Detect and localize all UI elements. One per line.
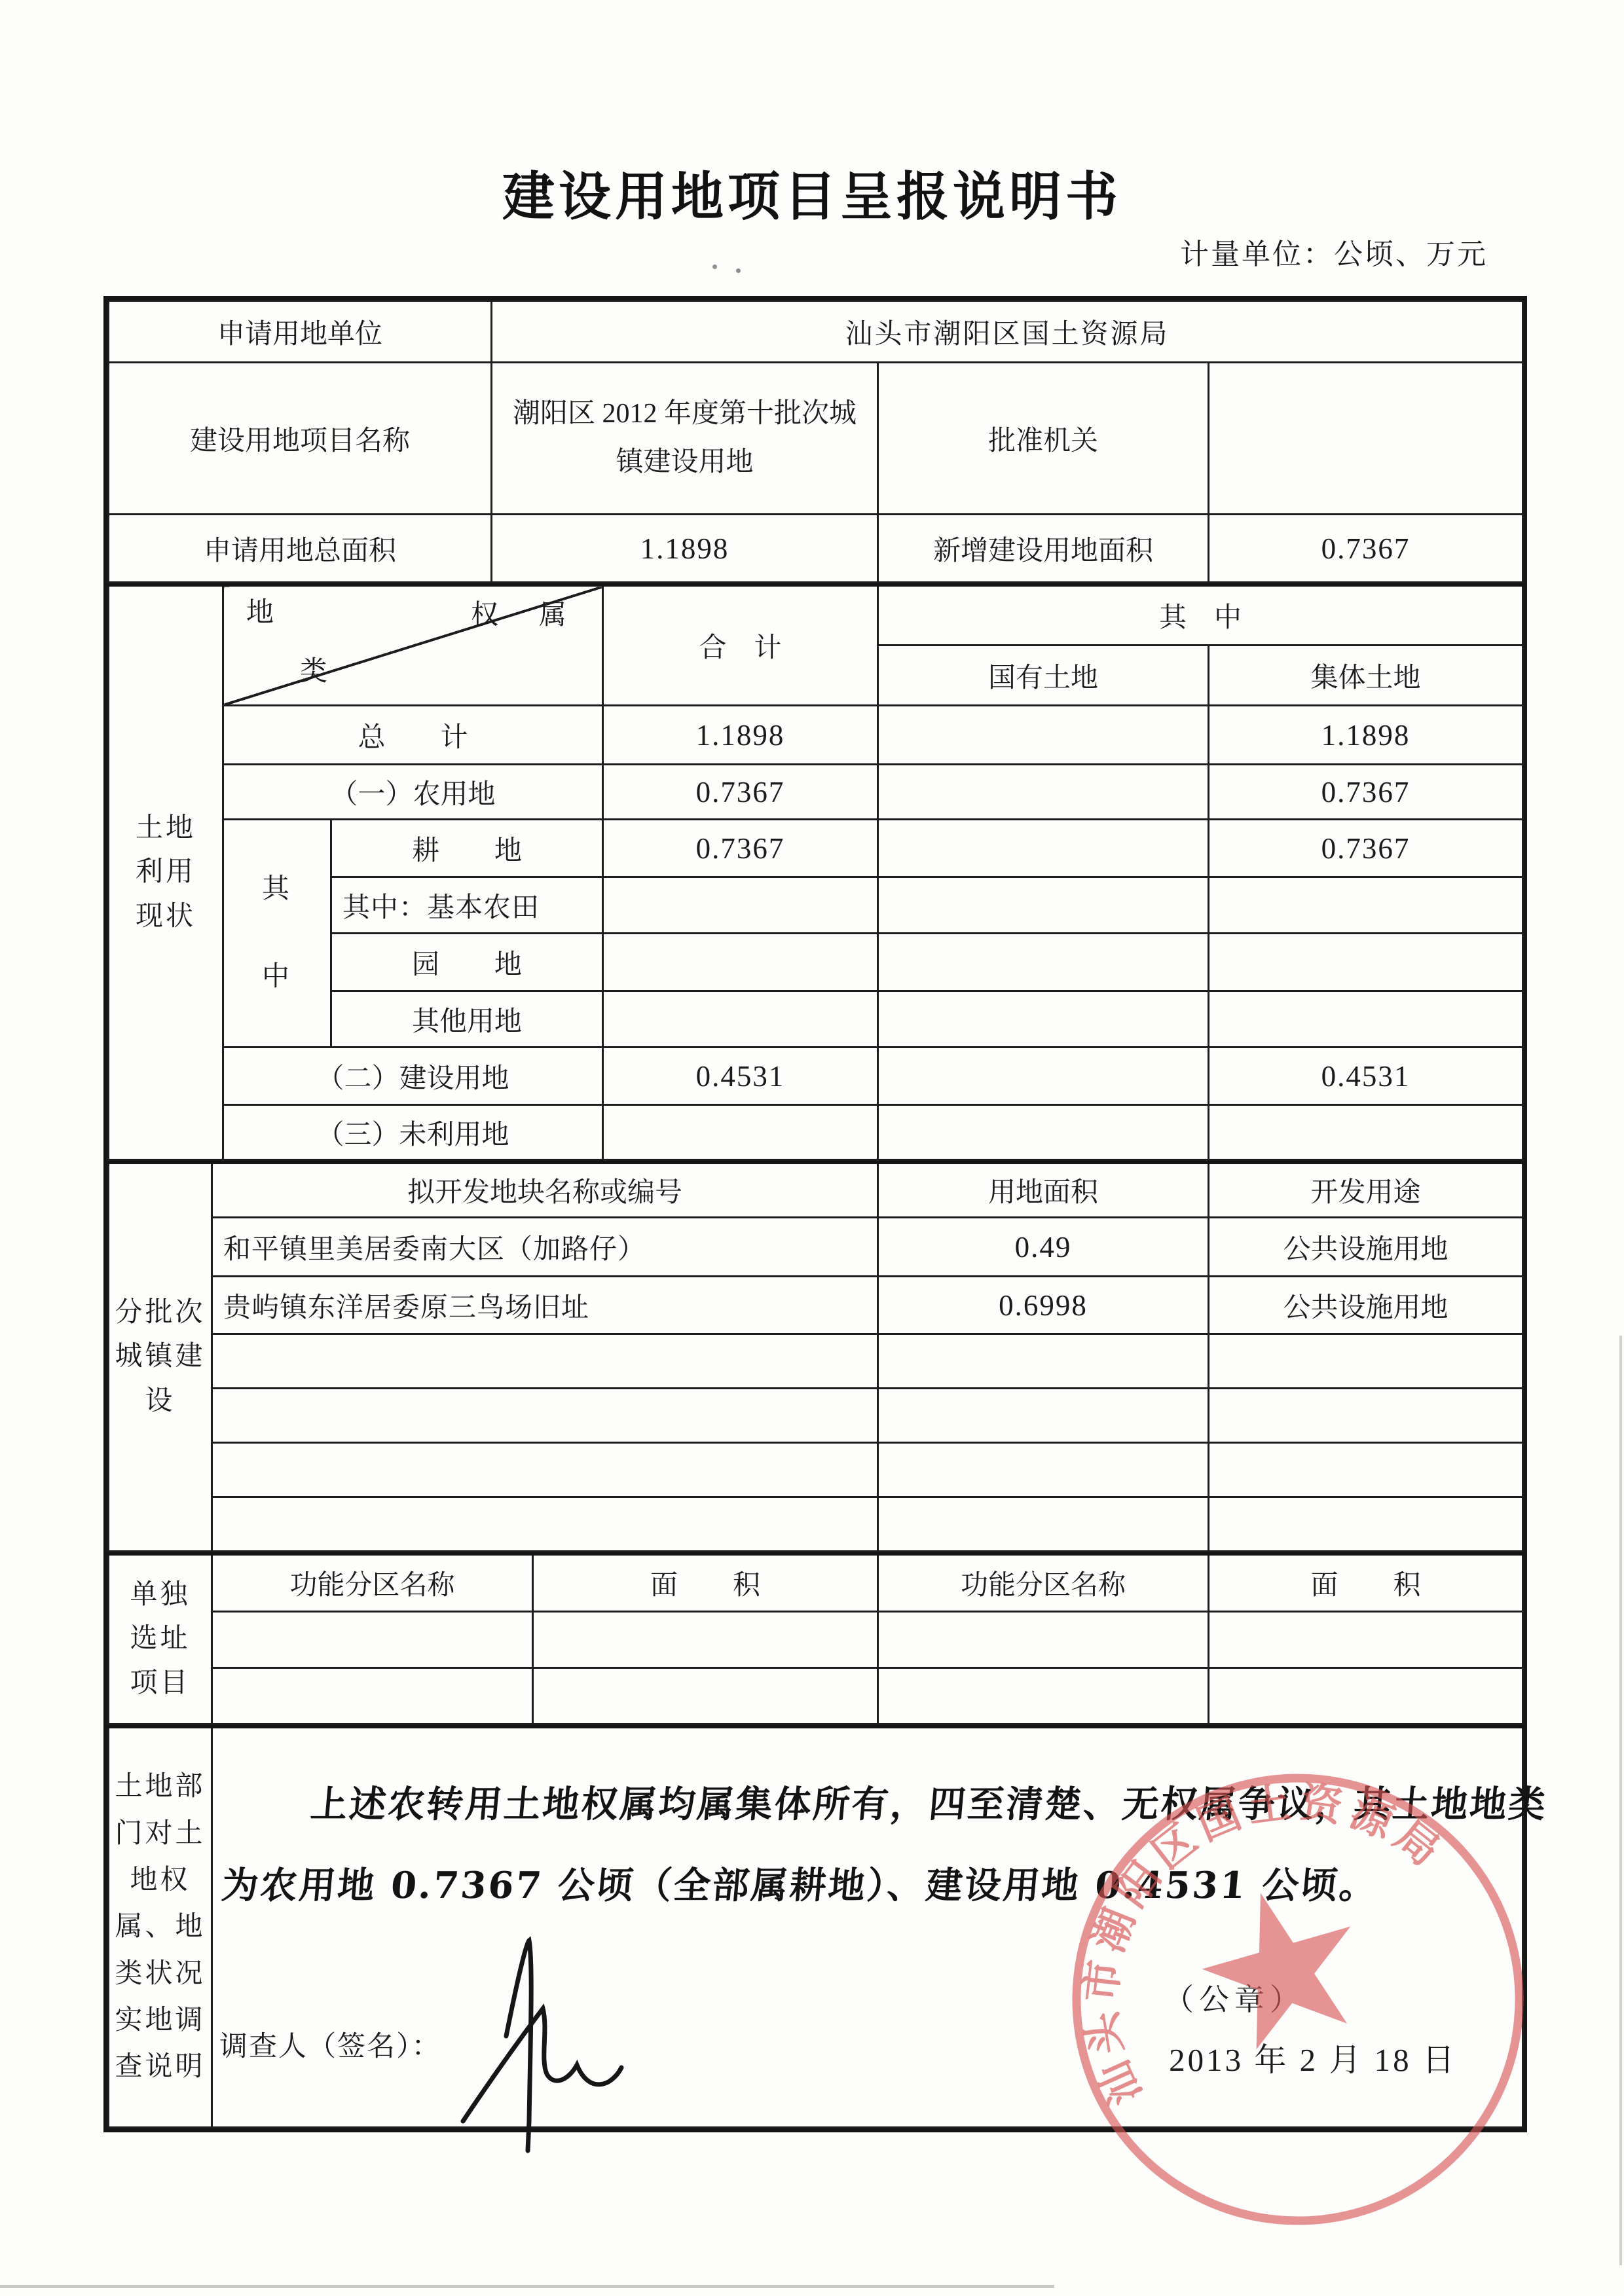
diag-label-di: 地 xyxy=(246,591,274,630)
parcel-area-cell: 0.6998 xyxy=(878,1277,1209,1334)
stamp-ring xyxy=(1061,1757,1535,2255)
parcel-name-cell xyxy=(212,1443,878,1497)
project-name-value-cell: 潮阳区 2012 年度第十批次城镇建设用地 xyxy=(492,363,878,515)
new-area-value-cell: 0.7367 xyxy=(1209,515,1523,583)
header-collective-land-cell: 集体土地 xyxy=(1209,646,1523,706)
row-label-cell: 其中：基本农田 xyxy=(331,877,603,934)
parcel-use-cell xyxy=(1209,1497,1523,1552)
parcel-name-cell: 和平镇里美居委南大区（加路仔） xyxy=(212,1218,878,1277)
diag-label-quanshu: 权 属 xyxy=(471,593,573,632)
row-state-cell xyxy=(878,706,1209,765)
parcel-use-cell: 公共设施用地 xyxy=(1209,1277,1523,1334)
row-state-cell xyxy=(878,877,1209,934)
row-total-cell xyxy=(603,877,878,934)
section-top: 申请用地单位 汕头市潮阳区国土资源局 建设用地项目名称 潮阳区 2012 年度第… xyxy=(107,300,1524,583)
diagonal-header-cell: 地 类 权 属 xyxy=(223,585,603,706)
landuse-section-label: 土地 利用 现状 xyxy=(109,585,223,1160)
row-label-cell: （三）未利用地 xyxy=(223,1105,603,1160)
parcel-area-cell: 0.49 xyxy=(878,1218,1209,1277)
row-state-cell xyxy=(878,820,1209,877)
survey-content-cell: 上述农转用土地权属均属集体所有，四至清楚、无权属争议，其土地地类 为农用地 0.… xyxy=(212,1727,1523,2128)
row-state-cell xyxy=(878,934,1209,991)
among-vertical-label: 其 中 xyxy=(223,820,331,1048)
row-collective-cell xyxy=(1209,877,1523,934)
zone-area-cell xyxy=(1209,1668,1523,1724)
zone-header-area2: 面 积 xyxy=(1209,1554,1523,1612)
row-label-cell: 总 计 xyxy=(223,706,603,765)
parcel-area-cell xyxy=(878,1389,1209,1443)
zone-header-name2: 功能分区名称 xyxy=(878,1554,1209,1612)
parcel-area-cell xyxy=(878,1334,1209,1389)
parcel-name-cell xyxy=(212,1389,878,1443)
batch-header-name: 拟开发地块名称或编号 xyxy=(212,1163,878,1218)
row-total-cell: 0.7367 xyxy=(603,765,878,820)
batch-header-use: 开发用途 xyxy=(1209,1163,1523,1218)
row-total-cell: 1.1898 xyxy=(603,706,878,765)
measurement-unit-note: 计量单位：公顷、万元 xyxy=(1180,230,1488,272)
row-label-cell: （二）建设用地 xyxy=(223,1048,603,1105)
row-collective-cell: 0.7367 xyxy=(1209,820,1523,877)
zone-area-cell xyxy=(533,1612,878,1668)
new-area-label-cell: 新增建设用地面积 xyxy=(878,515,1209,583)
zone-header-area1: 面 积 xyxy=(533,1554,878,1612)
row-state-cell xyxy=(878,1048,1209,1105)
row-collective-cell xyxy=(1209,991,1523,1048)
zone-name-cell xyxy=(878,1668,1209,1724)
section-survey: 土地部 门对土 地权 属、地 类状况 实地调 查说明 上述农转用土地权属均属集体… xyxy=(107,1725,1524,2128)
diag-label-lei: 类 xyxy=(300,649,327,689)
zone-area-cell xyxy=(533,1668,878,1724)
applicant-value-cell: 汕头市潮阳区国土资源局 xyxy=(492,301,1523,363)
report-form-table: 申请用地单位 汕头市潮阳区国土资源局 建设用地项目名称 潮阳区 2012 年度第… xyxy=(103,296,1527,2132)
parcel-name-cell xyxy=(212,1334,878,1389)
row-collective-cell xyxy=(1209,934,1523,991)
parcel-name-cell xyxy=(212,1497,878,1552)
survey-section-label: 土地部 门对土 地权 属、地 类状况 实地调 查说明 xyxy=(109,1727,212,2128)
zone-header-name1: 功能分区名称 xyxy=(212,1554,533,1612)
scanned-document-page: 建设用地项目呈报说明书 计量单位：公顷、万元 申请用地单位 汕头市潮阳区国土资源… xyxy=(0,0,1624,2296)
header-among-cell: 其 中 xyxy=(878,585,1523,646)
header-state-land-cell: 国有土地 xyxy=(878,646,1209,706)
official-red-stamp: 汕头市潮阳区国土资源局 xyxy=(1061,1757,1535,2255)
zone-name-cell xyxy=(212,1668,533,1724)
surveyor-signature-ink xyxy=(443,1925,640,2160)
row-collective-cell: 0.4531 xyxy=(1209,1048,1523,1105)
scan-speck xyxy=(736,268,741,273)
row-total-cell: 0.7367 xyxy=(603,820,878,877)
parcel-area-cell xyxy=(878,1443,1209,1497)
scan-speck xyxy=(712,264,717,269)
row-total-cell xyxy=(603,934,878,991)
zone-area-cell xyxy=(1209,1612,1523,1668)
approval-authority-label-cell: 批准机关 xyxy=(878,363,1209,515)
parcel-name-cell: 贵屿镇东洋居委原三鸟场旧址 xyxy=(212,1277,878,1334)
batch-section-label: 分批次 城镇建 设 xyxy=(109,1163,212,1552)
separate-section-label: 单独 选址 项目 xyxy=(109,1554,212,1724)
scan-edge-artifact xyxy=(1619,1336,1622,2265)
project-name-label-cell: 建设用地项目名称 xyxy=(109,363,492,515)
section-separate-site: 单独 选址 项目 功能分区名称 面 积 功能分区名称 面 积 xyxy=(107,1552,1524,1725)
row-label-cell: 园 地 xyxy=(331,934,603,991)
row-label-cell: 其他用地 xyxy=(331,991,603,1048)
section-landuse: 土地 利用 现状 地 类 权 属 合 计 其 中 国有土地 集体土地 总 计 1… xyxy=(107,583,1524,1161)
row-label-cell: （一）农用地 xyxy=(223,765,603,820)
approval-authority-value-cell xyxy=(1209,363,1523,515)
row-collective-cell xyxy=(1209,1105,1523,1160)
total-area-value-cell: 1.1898 xyxy=(492,515,878,583)
row-total-cell xyxy=(603,991,878,1048)
parcel-area-cell xyxy=(878,1497,1209,1552)
parcel-use-cell xyxy=(1209,1334,1523,1389)
row-state-cell xyxy=(878,765,1209,820)
header-total-cell: 合 计 xyxy=(603,585,878,706)
batch-header-area: 用地面积 xyxy=(878,1163,1209,1218)
row-state-cell xyxy=(878,991,1209,1048)
row-total-cell xyxy=(603,1105,878,1160)
scan-edge-artifact xyxy=(0,2285,1054,2288)
surveyor-signature-label: 调查人（签名）： xyxy=(219,2024,441,2064)
stamp-star-icon xyxy=(1187,1872,1376,2058)
parcel-use-cell: 公共设施用地 xyxy=(1209,1218,1523,1277)
row-state-cell xyxy=(878,1105,1209,1160)
zone-name-cell xyxy=(212,1612,533,1668)
row-total-cell: 0.4531 xyxy=(603,1048,878,1105)
total-area-label-cell: 申请用地总面积 xyxy=(109,515,492,583)
zone-name-cell xyxy=(878,1612,1209,1668)
document-title: 建设用地项目呈报说明书 xyxy=(0,155,1624,230)
section-batch: 分批次 城镇建 设 拟开发地块名称或编号 用地面积 开发用途 和平镇里美居委南大… xyxy=(107,1161,1524,1552)
row-collective-cell: 0.7367 xyxy=(1209,765,1523,820)
applicant-label-cell: 申请用地单位 xyxy=(109,301,492,363)
parcel-use-cell xyxy=(1209,1443,1523,1497)
parcel-use-cell xyxy=(1209,1389,1523,1443)
row-collective-cell: 1.1898 xyxy=(1209,706,1523,765)
row-label-cell: 耕 地 xyxy=(331,820,603,877)
